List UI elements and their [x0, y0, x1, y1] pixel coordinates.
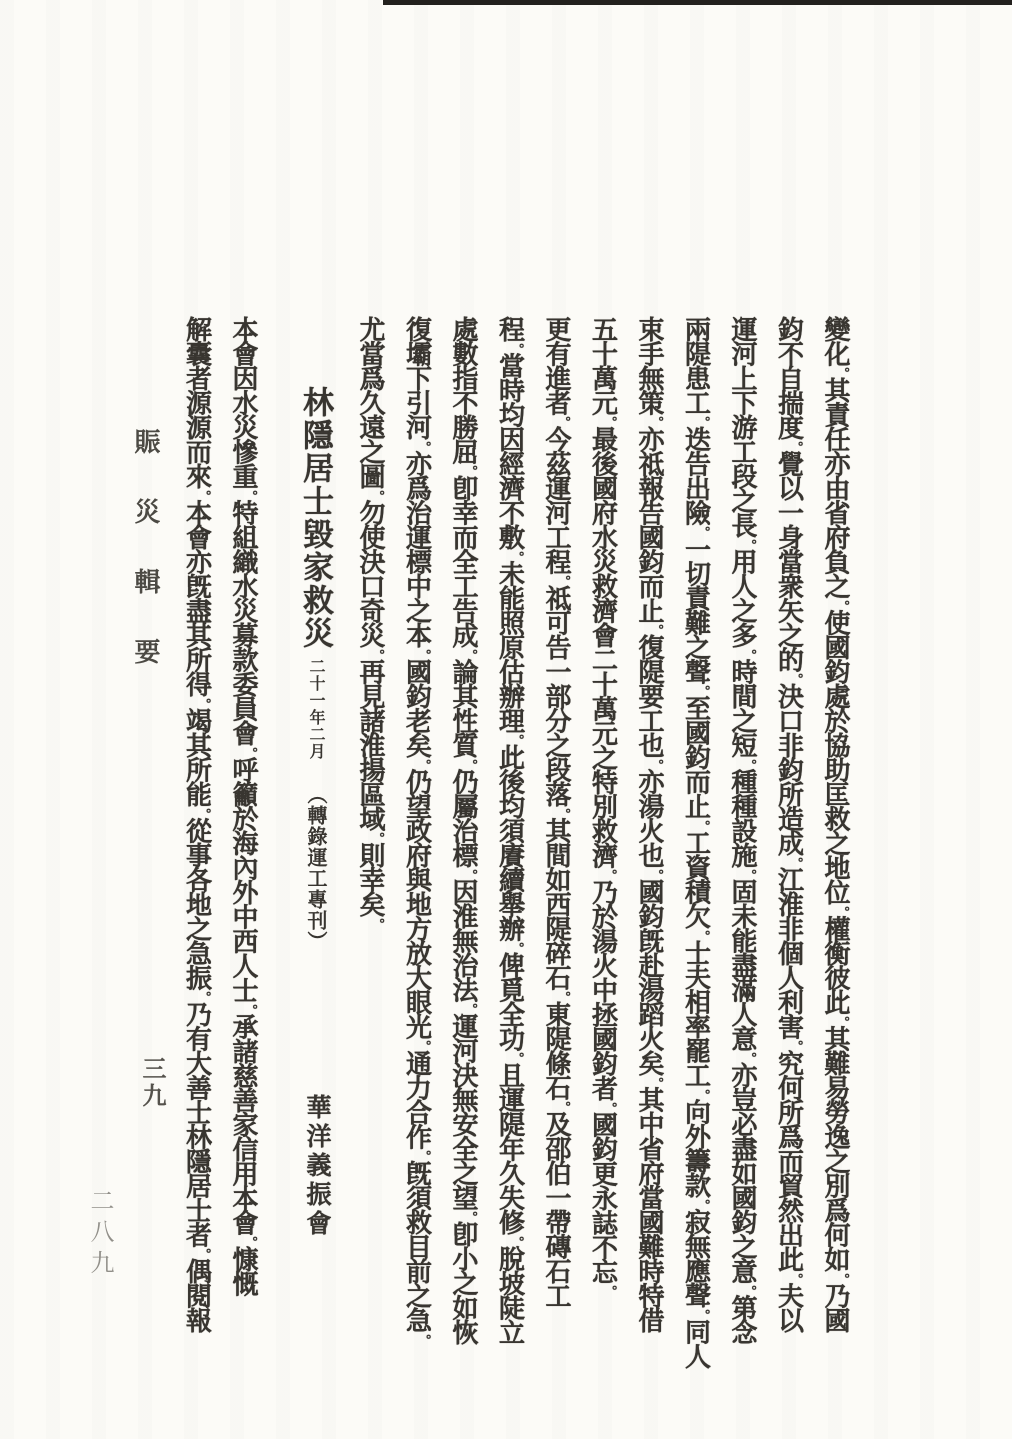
- judou-dot: 。: [649, 759, 664, 771]
- text-column: 鈞不自揣度。覺以一身當衆矢之的。決口非鈞所造成。江淮非個人利害。究何所爲而貿然出…: [765, 316, 812, 1368]
- text-column: 束手無策。亦祗報告國鈞而止。復隄要工也。亦湯火也。國鈞旣赴湯蹈火矣。其中省府當國…: [626, 316, 673, 1368]
- judou-dot: 。: [243, 490, 258, 502]
- judou-dot: 。: [370, 832, 385, 844]
- article-title: 林隱居士毀家救災: [298, 386, 333, 650]
- judou-dot: 。: [370, 649, 385, 661]
- organization-name: 華洋義振會: [296, 1094, 336, 1239]
- judou-dot: 。: [463, 1211, 478, 1223]
- judou-dot: 。: [649, 416, 664, 428]
- judou-dot: 。: [603, 869, 618, 881]
- text-column: 復壩下引河。亦爲治運標中之本。國鈞老矣。仍望政府與地方放大眼光。通力合作。旣須救…: [393, 316, 440, 1368]
- judou-dot: 。: [510, 551, 525, 563]
- judou-dot: 。: [649, 624, 664, 636]
- judou-dot: 。: [243, 1236, 258, 1248]
- text-column: 兩隄患工。迭告出險。一切責難之聲。至國鈞而止。工資積欠。士夫相率罷工。向外籌款。…: [672, 316, 719, 1368]
- judou-dot: 。: [556, 808, 571, 820]
- judou-dot: 。: [696, 820, 711, 832]
- judou-dot: 。: [510, 1052, 525, 1064]
- judou-dot: 。: [835, 1016, 850, 1028]
- judou-dot: 。: [370, 490, 385, 502]
- judou-dot: 。: [510, 942, 525, 954]
- judou-dot: 。: [556, 991, 571, 1003]
- judou-dot: 。: [789, 857, 804, 869]
- judou-dot: 。: [696, 1199, 711, 1211]
- judou-dot: 。: [370, 918, 385, 930]
- judou-dot: 。: [603, 1285, 618, 1297]
- judou-dot: 。: [510, 734, 525, 746]
- judou-dot: 。: [556, 575, 571, 587]
- judou-dot: 。: [789, 1040, 804, 1052]
- judou-dot: 。: [835, 1273, 850, 1285]
- judou-dot: 。: [463, 649, 478, 661]
- judou-dot: 。: [603, 1102, 618, 1114]
- article-date: 二十一年二月: [307, 658, 324, 760]
- judou-dot: 。: [603, 416, 618, 428]
- text-column: 解囊者源源而來。本會亦旣盡其所得。竭其所能。從事各地之急振。乃有大善士林隱居士者…: [173, 316, 220, 1332]
- judou-dot: 。: [243, 1004, 258, 1016]
- judou-dot: 。: [696, 685, 711, 697]
- judou-dot: 。: [510, 343, 525, 355]
- judou-dot: 。: [649, 1077, 664, 1089]
- article-heading: 林隱居士毀家救災二十一年二月（轉錄運工專刊）: [283, 386, 347, 952]
- judou-dot: 。: [197, 490, 212, 502]
- article-source-note: （轉錄運工專刊）: [304, 784, 326, 952]
- judou-dot: 。: [696, 1089, 711, 1101]
- judou-dot: 。: [696, 930, 711, 942]
- judou-dot: 。: [197, 698, 212, 710]
- text-column: 變化。其責任亦由省府負之。使國鈞處於協助匡救之地位。權衡彼此。其難易勞逸之別爲何…: [812, 316, 859, 1368]
- judou-dot: 。: [197, 991, 212, 1003]
- judou-dot: 。: [417, 441, 432, 453]
- page-number: 二八九: [82, 1188, 117, 1281]
- scan-edge-artifact: [383, 0, 1012, 5]
- judou-dot: 。: [696, 416, 711, 428]
- judou-dot: 。: [789, 441, 804, 453]
- judou-dot: 。: [742, 869, 757, 881]
- judou-dot: 。: [510, 1236, 525, 1248]
- judou-dot: 。: [696, 526, 711, 538]
- judou-dot: 。: [463, 465, 478, 477]
- judou-dot: 。: [197, 1248, 212, 1260]
- judou-dot: 。: [463, 869, 478, 881]
- judou-dot: 。: [835, 367, 850, 379]
- judou-dot: 。: [742, 1052, 757, 1064]
- judou-dot: 。: [417, 759, 432, 771]
- scanned-book-page: 變化。其責任亦由省府負之。使國鈞處於協助匡救之地位。權衡彼此。其難易勞逸之別爲何…: [0, 0, 1012, 1439]
- judou-dot: 。: [742, 539, 757, 551]
- running-title: 賑災輯要: [127, 428, 164, 708]
- judou-dot: 。: [742, 759, 757, 771]
- judou-dot: 。: [696, 1309, 711, 1321]
- text-column: 五十萬元。最後國府水災救濟會二十萬元之特別救濟。乃於湯火中拯國鈞者。國鈞更永誌不…: [579, 316, 626, 1368]
- judou-dot: 。: [835, 600, 850, 612]
- text-column: 尤當爲久遠之圖。勿使決口奇災。再見諸淮揚區域。則幸矣。: [347, 316, 394, 1368]
- judou-dot: 。: [417, 1040, 432, 1052]
- letter-text-block: 變化。其責任亦由省府負之。使國鈞處於協助匡救之地位。權衡彼此。其難易勞逸之別爲何…: [347, 316, 859, 1368]
- judou-dot: 。: [649, 869, 664, 881]
- text-column: 運河上下游工段之長。用人之多。時間之短。種種設施。固未能盡滿人意。亦豈必盡如國鈞…: [719, 316, 766, 1368]
- judou-dot: 。: [463, 759, 478, 771]
- judou-dot: 。: [556, 416, 571, 428]
- judou-dot: 。: [417, 1150, 432, 1162]
- judou-dot: 。: [417, 649, 432, 661]
- article-text-block: 本會因水災慘重。特組織水災募款委員會。呼籲於海內外中西人士。承諸慈善家信用本會。…: [173, 316, 266, 1332]
- judou-dot: 。: [789, 1273, 804, 1285]
- text-column: 更有進者。今茲運河工程。祗可告一部分之段落。其間如西隄碎石。東隄條石。及邵伯一帶…: [533, 316, 580, 1368]
- judou-dot: 。: [556, 1101, 571, 1113]
- judou-dot: 。: [789, 673, 804, 685]
- judou-dot: 。: [417, 1334, 432, 1346]
- text-column: 本會因水災慘重。特組織水災募款委員會。呼籲於海內外中西人士。承諸慈善家信用本會。…: [220, 316, 267, 1332]
- judou-dot: 。: [463, 1003, 478, 1015]
- judou-dot: 。: [742, 1285, 757, 1297]
- judou-dot: 。: [243, 747, 258, 759]
- text-column: 程。當時均因經濟不敷。未能照原估辦理。此後均須賡續舉辦。俾覓全功。且運隄年久失修…: [486, 316, 533, 1368]
- judou-dot: 。: [835, 906, 850, 918]
- folio-number: 三九: [134, 1056, 169, 1110]
- text-column: 處數指不勝屈。卽幸而全工告成。論其性質。仍屬治標。因淮無治法。運河決無安全之望。…: [440, 316, 487, 1368]
- judou-dot: 。: [742, 649, 757, 661]
- judou-dot: 。: [197, 808, 212, 820]
